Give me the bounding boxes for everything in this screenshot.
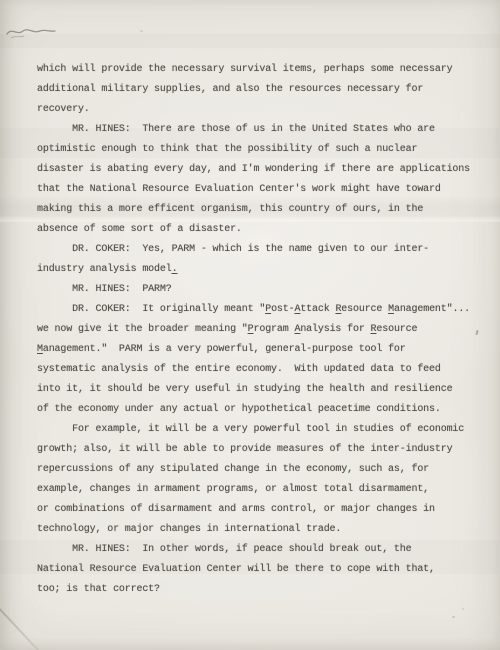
text-segment: which will provide the necessary surviva… [37,64,452,75]
document-line: we now give it the broader meaning "Prog… [37,320,477,340]
text-segment: too; is that correct? [37,584,160,595]
text-segment: National Resource Evaluation Center will… [37,564,435,575]
document-line: disaster is abating every day, and I'm w… [37,160,477,180]
text-segment: esource [341,304,388,315]
document-line: recovery. [37,100,477,120]
text-segment: recovery. [37,104,90,115]
text-segment: rogram [254,324,295,335]
document-line: repercussions of any stipulated change i… [37,460,477,480]
document-line: MR. HINES: In other words, if peace shou… [37,540,477,560]
document-line: that the National Resource Evaluation Ce… [37,180,477,200]
text-segment: esource [376,324,417,335]
document-line: absence of some sort of a disaster. [37,220,477,240]
fold-shadow-top [0,34,500,48]
scanned-document-screenshot: { "page": { "kind": "scanned typewritten… [0,0,500,650]
paper-sheet: which will provide the necessary surviva… [0,0,500,650]
paper-speck [462,608,464,610]
text-segment: making this a more efficent organism, th… [37,204,423,215]
document-line: National Resource Evaluation Center will… [37,560,477,580]
text-segment: ttack [300,304,335,315]
document-line: which will provide the necessary surviva… [37,60,477,80]
text-segment: repercussions of any stipulated change i… [37,464,429,475]
document-line: making this a more efficent organism, th… [37,200,477,220]
document-line: optimistic enough to think that the poss… [37,140,477,160]
text-segment: MR. HINES: PARM? [37,284,172,295]
paper-speck [452,616,455,618]
document-line: into it, it should be very useful in stu… [37,380,477,400]
text-segment: nalysis for [300,324,370,335]
document-line: MR. HINES: PARM? [37,280,477,300]
text-segment: optimistic enough to think that the poss… [37,144,417,155]
text-segment: that the National Resource Evaluation Ce… [37,184,441,195]
text-segment: For example, it will be a very powerful … [37,424,464,435]
document-line: or combinations of disarmament and arms … [37,500,477,520]
bottom-left-crease [0,604,40,650]
text-segment: anagement"... [394,304,470,315]
text-segment: disaster is abating every day, and I'm w… [37,164,470,175]
text-segment: of the economy under any actual or hypot… [37,404,441,415]
text-segment: systematic analysis of the entire econom… [37,364,441,375]
transcript-text: which will provide the necessary surviva… [37,60,477,600]
text-segment: additional military supplies, and also t… [37,84,423,95]
document-line: technology, or major changes in internat… [37,520,477,540]
text-segment: DR. COKER: It originally meant " [37,304,265,315]
document-line: Management." PARM is a very powerful, ge… [37,340,477,360]
document-line: DR. COKER: Yes, PARM - which is the name… [37,240,477,260]
crease-scribble-mark [5,23,69,41]
text-segment: or combinations of disarmament and arms … [37,504,435,515]
document-line: too; is that correct? [37,580,477,600]
text-segment: anagement." PARM is a very powerful, gen… [43,344,406,355]
document-line: additional military supplies, and also t… [37,80,477,100]
text-segment: into it, it should be very useful in stu… [37,384,452,395]
text-segment: MR. HINES: There are those of us in the … [37,124,435,135]
text-segment: we now give it the broader meaning " [37,324,248,335]
text-segment: growth; also, it will be able to provide… [37,444,452,455]
text-segment: absence of some sort of a disaster. [37,224,242,235]
document-line: of the economy under any actual or hypot… [37,400,477,420]
text-segment: ost- [271,304,294,315]
document-line: systematic analysis of the entire econom… [37,360,477,380]
underlined-text-segment: . [172,264,178,275]
text-segment: industry analysis model [37,264,172,275]
text-segment: MR. HINES: In other words, if peace shou… [37,544,411,555]
document-line: growth; also, it will be able to provide… [37,440,477,460]
text-segment: DR. COKER: Yes, PARM - which is the name… [37,244,429,255]
paper-speck [140,30,143,32]
document-line: example, changes in armament programs, o… [37,480,477,500]
document-line: industry analysis model. [37,260,477,280]
document-line: DR. COKER: It originally meant "Post-Att… [37,300,477,320]
document-line: MR. HINES: There are those of us in the … [37,120,477,140]
document-line: For example, it will be a very powerful … [37,420,477,440]
text-segment: example, changes in armament programs, o… [37,484,429,495]
text-segment: technology, or major changes in internat… [37,524,341,535]
